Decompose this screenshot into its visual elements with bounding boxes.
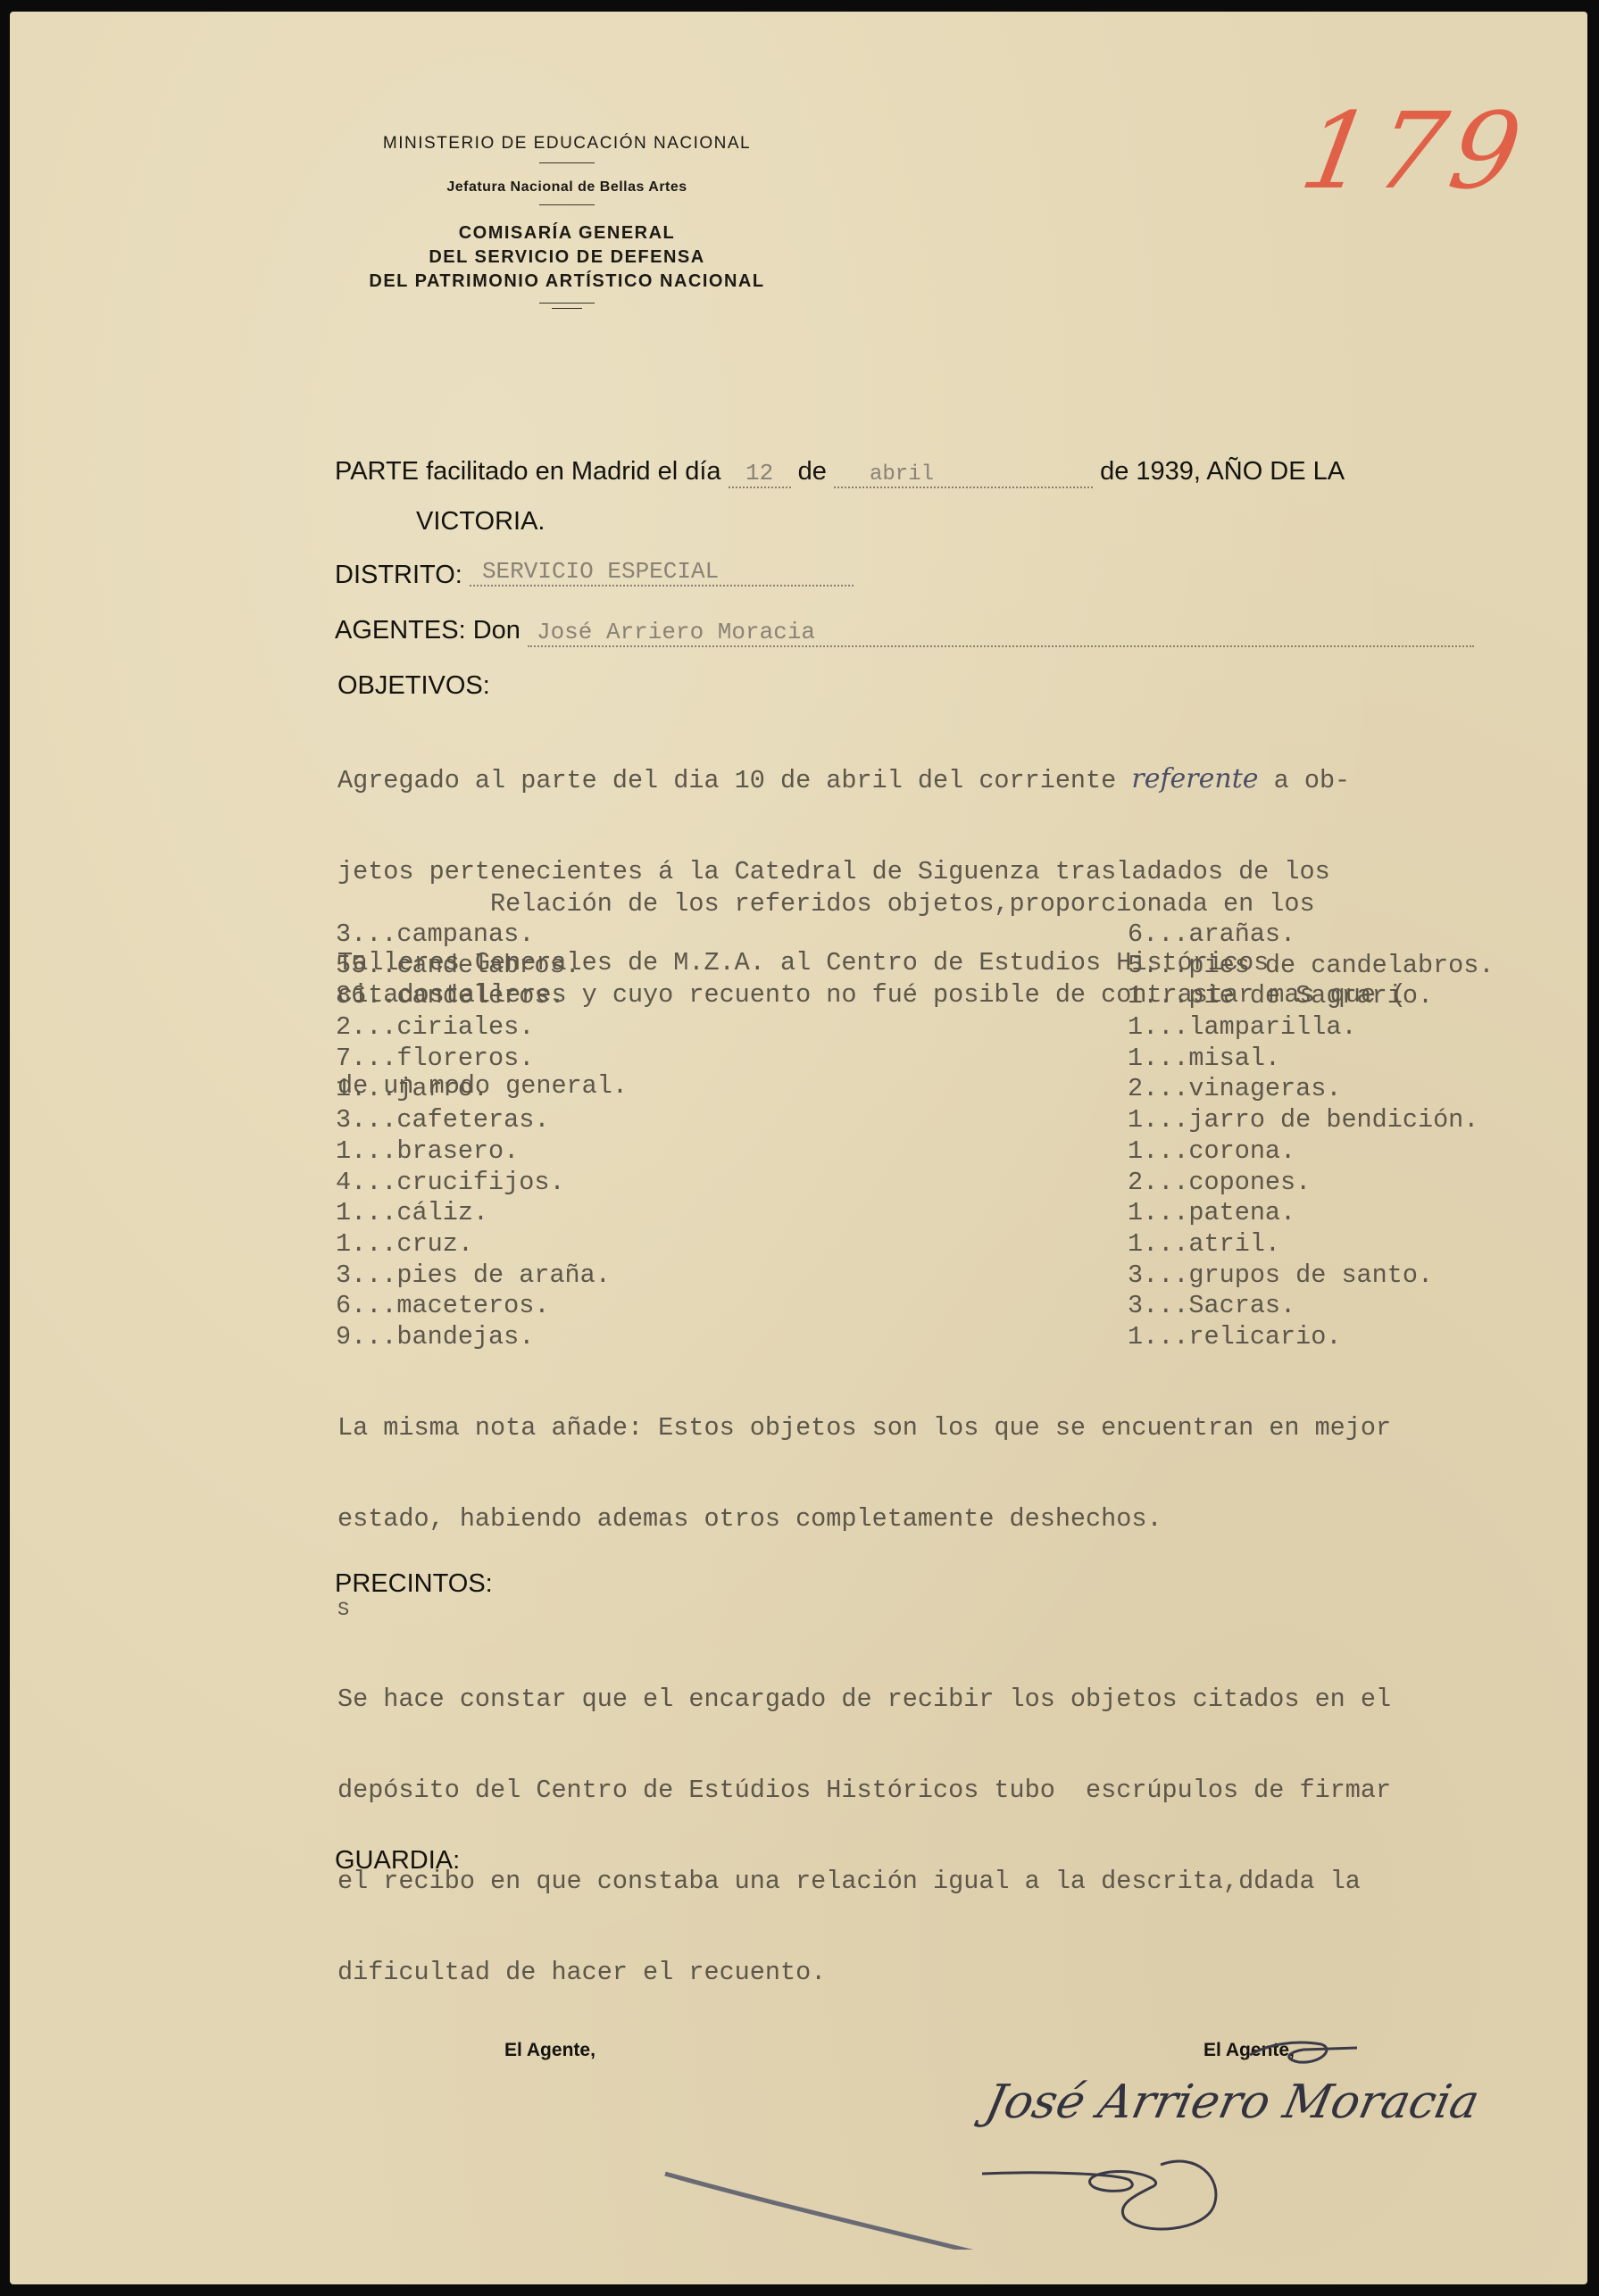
item-quantity: 1 <box>1128 1012 1143 1042</box>
list-item: 3...pies de araña. <box>336 1260 611 1292</box>
item-separator: ... <box>1143 1229 1188 1259</box>
item-separator: ... <box>351 1136 396 1166</box>
item-name: maceteros. <box>396 1291 549 1320</box>
items-list-right: 6...arañas.5...pies de candelabros.1...p… <box>1128 919 1494 1353</box>
distrito-field: SERVICIO ESPECIAL <box>470 555 854 586</box>
item-quantity: 9 <box>336 1322 351 1352</box>
month-value: abril <box>834 462 934 487</box>
item-separator: ... <box>1143 1198 1188 1227</box>
item-name: relicario. <box>1188 1322 1341 1352</box>
list-item: 1...patena. <box>1128 1198 1494 1229</box>
item-separator: ... <box>1143 1012 1188 1042</box>
item-name: pies de candelabros. <box>1188 951 1494 980</box>
item-quantity: 1 <box>1128 1105 1143 1135</box>
item-name: brasero. <box>396 1136 519 1166</box>
list-item: 1...relicario. <box>1128 1322 1494 1353</box>
item-separator: ... <box>351 1168 396 1197</box>
item-name: cáliz. <box>396 1198 488 1227</box>
items-list-left: 3...campanas.55..candelabros.86..candele… <box>336 919 611 1353</box>
list-item: 1...lamparilla. <box>1128 1012 1494 1044</box>
item-name: corona. <box>1188 1136 1295 1166</box>
item-quantity: 5 <box>1128 951 1143 980</box>
item-name: pies de araña. <box>396 1260 610 1290</box>
item-separator: .. <box>366 951 396 980</box>
list-item: 1...cáliz. <box>336 1198 611 1229</box>
list-item: 6...arañas. <box>1128 919 1494 951</box>
item-quantity: 2 <box>336 1012 351 1042</box>
list-item: 1...jarro de bendición. <box>1128 1105 1494 1136</box>
item-quantity: 1 <box>336 1198 351 1227</box>
item-name: floreros. <box>396 1044 534 1073</box>
item-quantity: 4 <box>336 1168 351 1197</box>
item-quantity: 6 <box>336 1291 351 1320</box>
list-item: 2...ciriales. <box>336 1012 611 1044</box>
list-item: 1...corona. <box>1128 1136 1494 1168</box>
item-separator: .. <box>366 981 396 1011</box>
item-quantity: 3 <box>336 1260 351 1290</box>
item-separator: ... <box>351 1229 396 1259</box>
item-quantity: 1 <box>1128 981 1143 1011</box>
comisaria-title: COMISARÍA GENERAL DEL SERVICIO DE DEFENS… <box>321 221 812 294</box>
item-name: campanas. <box>396 919 534 949</box>
divider <box>539 204 595 205</box>
item-name: candeleros. <box>396 981 564 1011</box>
item-name: jarro de bendición. <box>1188 1105 1478 1135</box>
note-line-4: depósito del Centro de Estúdios Históric… <box>337 1776 1391 1806</box>
item-name: misal. <box>1188 1044 1280 1073</box>
note-line-6: dificultad de hacer el recuento. <box>337 1958 1391 1988</box>
list-item: 2...copones. <box>1128 1168 1494 1199</box>
distrito-label: DISTRITO: <box>335 561 462 589</box>
item-quantity: 1 <box>1128 1136 1143 1166</box>
item-separator: ... <box>1143 1074 1188 1103</box>
item-separator: ... <box>1143 1136 1188 1166</box>
note-line-1: La misma nota añade: Estos objetos son l… <box>337 1413 1391 1443</box>
precintos-label: PRECINTOS: <box>335 1569 493 1599</box>
item-name: vinageras. <box>1188 1074 1341 1103</box>
list-item: 5...pies de candelabros. <box>1128 951 1494 982</box>
comisaria-line-2: DEL SERVICIO DE DEFENSA <box>321 245 812 270</box>
list-item: 1...jarro. <box>336 1074 611 1105</box>
ministry-title: MINISTERIO DE EDUCACIÓN NACIONAL <box>321 134 812 154</box>
list-item: 1...misal. <box>1128 1044 1494 1075</box>
item-separator: ... <box>351 1322 396 1352</box>
item-name: crucifijos. <box>396 1168 564 1197</box>
list-item: 4...crucifijos. <box>336 1168 611 1199</box>
item-separator: ... <box>351 919 396 949</box>
list-item: 7...floreros. <box>336 1044 611 1075</box>
item-quantity: 6 <box>1128 919 1143 949</box>
item-separator: ... <box>351 1105 396 1135</box>
list-item: 1...cruz. <box>336 1229 611 1260</box>
folio-number: 179 <box>1293 89 1537 212</box>
list-item: 6...maceteros. <box>336 1291 611 1322</box>
item-quantity: 3 <box>336 1105 351 1135</box>
parte-prefix: PARTE facilitado en Madrid el día <box>335 457 721 486</box>
item-quantity: 2 <box>1128 1074 1143 1103</box>
list-item: 86..candeleros. <box>336 981 611 1012</box>
item-name: jarro. <box>396 1074 488 1103</box>
note-paragraph: La misma nota añade: Estos objetos son l… <box>337 1352 1391 2018</box>
handwritten-correction: referente <box>1131 763 1258 794</box>
objetivos-label: OBJETIVOS: <box>337 671 490 701</box>
distrito-line: DISTRITO: SERVICIO ESPECIAL <box>335 561 854 592</box>
item-separator: ... <box>351 1074 396 1103</box>
note-line-5: el recibo en que constaba una relación i… <box>337 1867 1391 1897</box>
item-quantity: 1 <box>1128 1322 1143 1352</box>
month-field: abril <box>834 457 1093 488</box>
item-quantity: 86 <box>336 981 366 1011</box>
item-quantity: 1 <box>1128 1198 1143 1227</box>
item-quantity: 1 <box>336 1074 351 1103</box>
letterhead: MINISTERIO DE EDUCACIÓN NACIONAL Jefatur… <box>321 134 812 309</box>
agentes-value: José Arriero Moracia <box>528 619 815 645</box>
list-item: 1...pie de Sagrario. <box>1128 981 1494 1012</box>
handwritten-signature: José Arriero Moracia <box>981 2076 1484 2129</box>
item-separator: ... <box>351 1044 396 1073</box>
item-separator: ... <box>1143 981 1188 1011</box>
item-separator: ... <box>1143 1291 1188 1320</box>
comisaria-line-3: DEL PATRIMONIO ARTÍSTICO NACIONAL <box>321 270 812 294</box>
year-suffix: de 1939, AÑO DE LA <box>1100 457 1345 486</box>
agentes-field: José Arriero Moracia <box>528 616 1474 647</box>
item-separator: ... <box>1143 1260 1188 1290</box>
item-quantity: 3 <box>1128 1291 1143 1320</box>
item-quantity: 1 <box>1128 1229 1143 1259</box>
divider <box>552 308 582 309</box>
item-name: atril. <box>1188 1229 1280 1259</box>
item-name: bandejas. <box>396 1322 534 1352</box>
item-separator: ... <box>351 1291 396 1320</box>
list-item: 3...cafeteras. <box>336 1105 611 1136</box>
list-item: 3...Sacras. <box>1128 1291 1494 1322</box>
item-name: patena. <box>1188 1198 1295 1227</box>
item-quantity: 1 <box>1128 1044 1143 1073</box>
item-name: cruz. <box>396 1229 473 1259</box>
item-separator: ... <box>1143 1105 1188 1135</box>
agentes-line: AGENTES: Don José Arriero Moracia <box>335 616 1474 647</box>
item-name: grupos de santo. <box>1188 1260 1433 1290</box>
comisaria-line-1: COMISARÍA GENERAL <box>321 221 812 245</box>
note-line-3: Se hace constar que el encargado de reci… <box>337 1685 1391 1715</box>
de-label: de <box>798 457 827 486</box>
para2-line1: Relación de los referidos objetos,propor… <box>337 889 1406 919</box>
note-line-2: estado, habiendo ademas otros completame… <box>337 1504 1391 1535</box>
list-item: 55..candelabros. <box>336 951 611 982</box>
item-name: candelabros. <box>396 951 579 980</box>
item-quantity: 3 <box>336 919 351 949</box>
item-separator: ... <box>351 1198 396 1227</box>
divider <box>539 303 595 304</box>
guardia-label: GUARDIA: <box>335 1846 460 1876</box>
item-name: ciriales. <box>396 1012 534 1042</box>
para1-line1-end: a ob- <box>1259 766 1351 795</box>
item-quantity: 55 <box>336 951 366 980</box>
day-value: 12 <box>745 460 773 487</box>
item-quantity: 7 <box>336 1044 351 1073</box>
agentes-label: AGENTES: Don <box>335 616 521 645</box>
item-name: pie de Sagrario. <box>1188 981 1433 1011</box>
item-name: arañas. <box>1188 919 1295 949</box>
item-separator: ... <box>1143 1322 1188 1352</box>
victoria-label: VICTORIA. <box>416 507 545 537</box>
item-name: cafeteras. <box>396 1105 549 1135</box>
list-item: 1...brasero. <box>336 1136 611 1168</box>
list-item: 1...atril. <box>1128 1229 1494 1260</box>
signature-flourish-icon <box>464 2017 1589 2250</box>
item-quantity: 1 <box>336 1229 351 1259</box>
item-quantity: 2 <box>1128 1168 1143 1197</box>
item-separator: ... <box>351 1260 396 1290</box>
item-quantity: 1 <box>336 1136 351 1166</box>
item-separator: ... <box>1143 951 1188 980</box>
parte-line: PARTE facilitado en Madrid el día 12 de … <box>335 457 1345 488</box>
list-item: 9...bandejas. <box>336 1322 611 1353</box>
item-name: lamparilla. <box>1188 1012 1356 1042</box>
divider <box>539 162 595 163</box>
list-item: 3...grupos de santo. <box>1128 1260 1494 1292</box>
list-item: 2...vinageras. <box>1128 1074 1494 1105</box>
item-separator: ... <box>1143 1044 1188 1073</box>
distrito-value: SERVICIO ESPECIAL <box>470 558 719 585</box>
day-field: 12 <box>729 457 791 488</box>
jefatura-title: Jefatura Nacional de Bellas Artes <box>321 179 812 195</box>
list-item: 3...campanas. <box>336 919 611 951</box>
item-separator: ... <box>351 1012 396 1042</box>
item-quantity: 3 <box>1128 1260 1143 1290</box>
item-name: copones. <box>1188 1168 1311 1197</box>
item-name: Sacras. <box>1188 1291 1295 1320</box>
item-separator: ... <box>1143 1168 1188 1197</box>
stray-mark: S <box>337 1595 1391 1624</box>
para1-line1: Agregado al parte del dia 10 de abril de… <box>337 766 1131 795</box>
item-separator: ... <box>1143 919 1188 949</box>
